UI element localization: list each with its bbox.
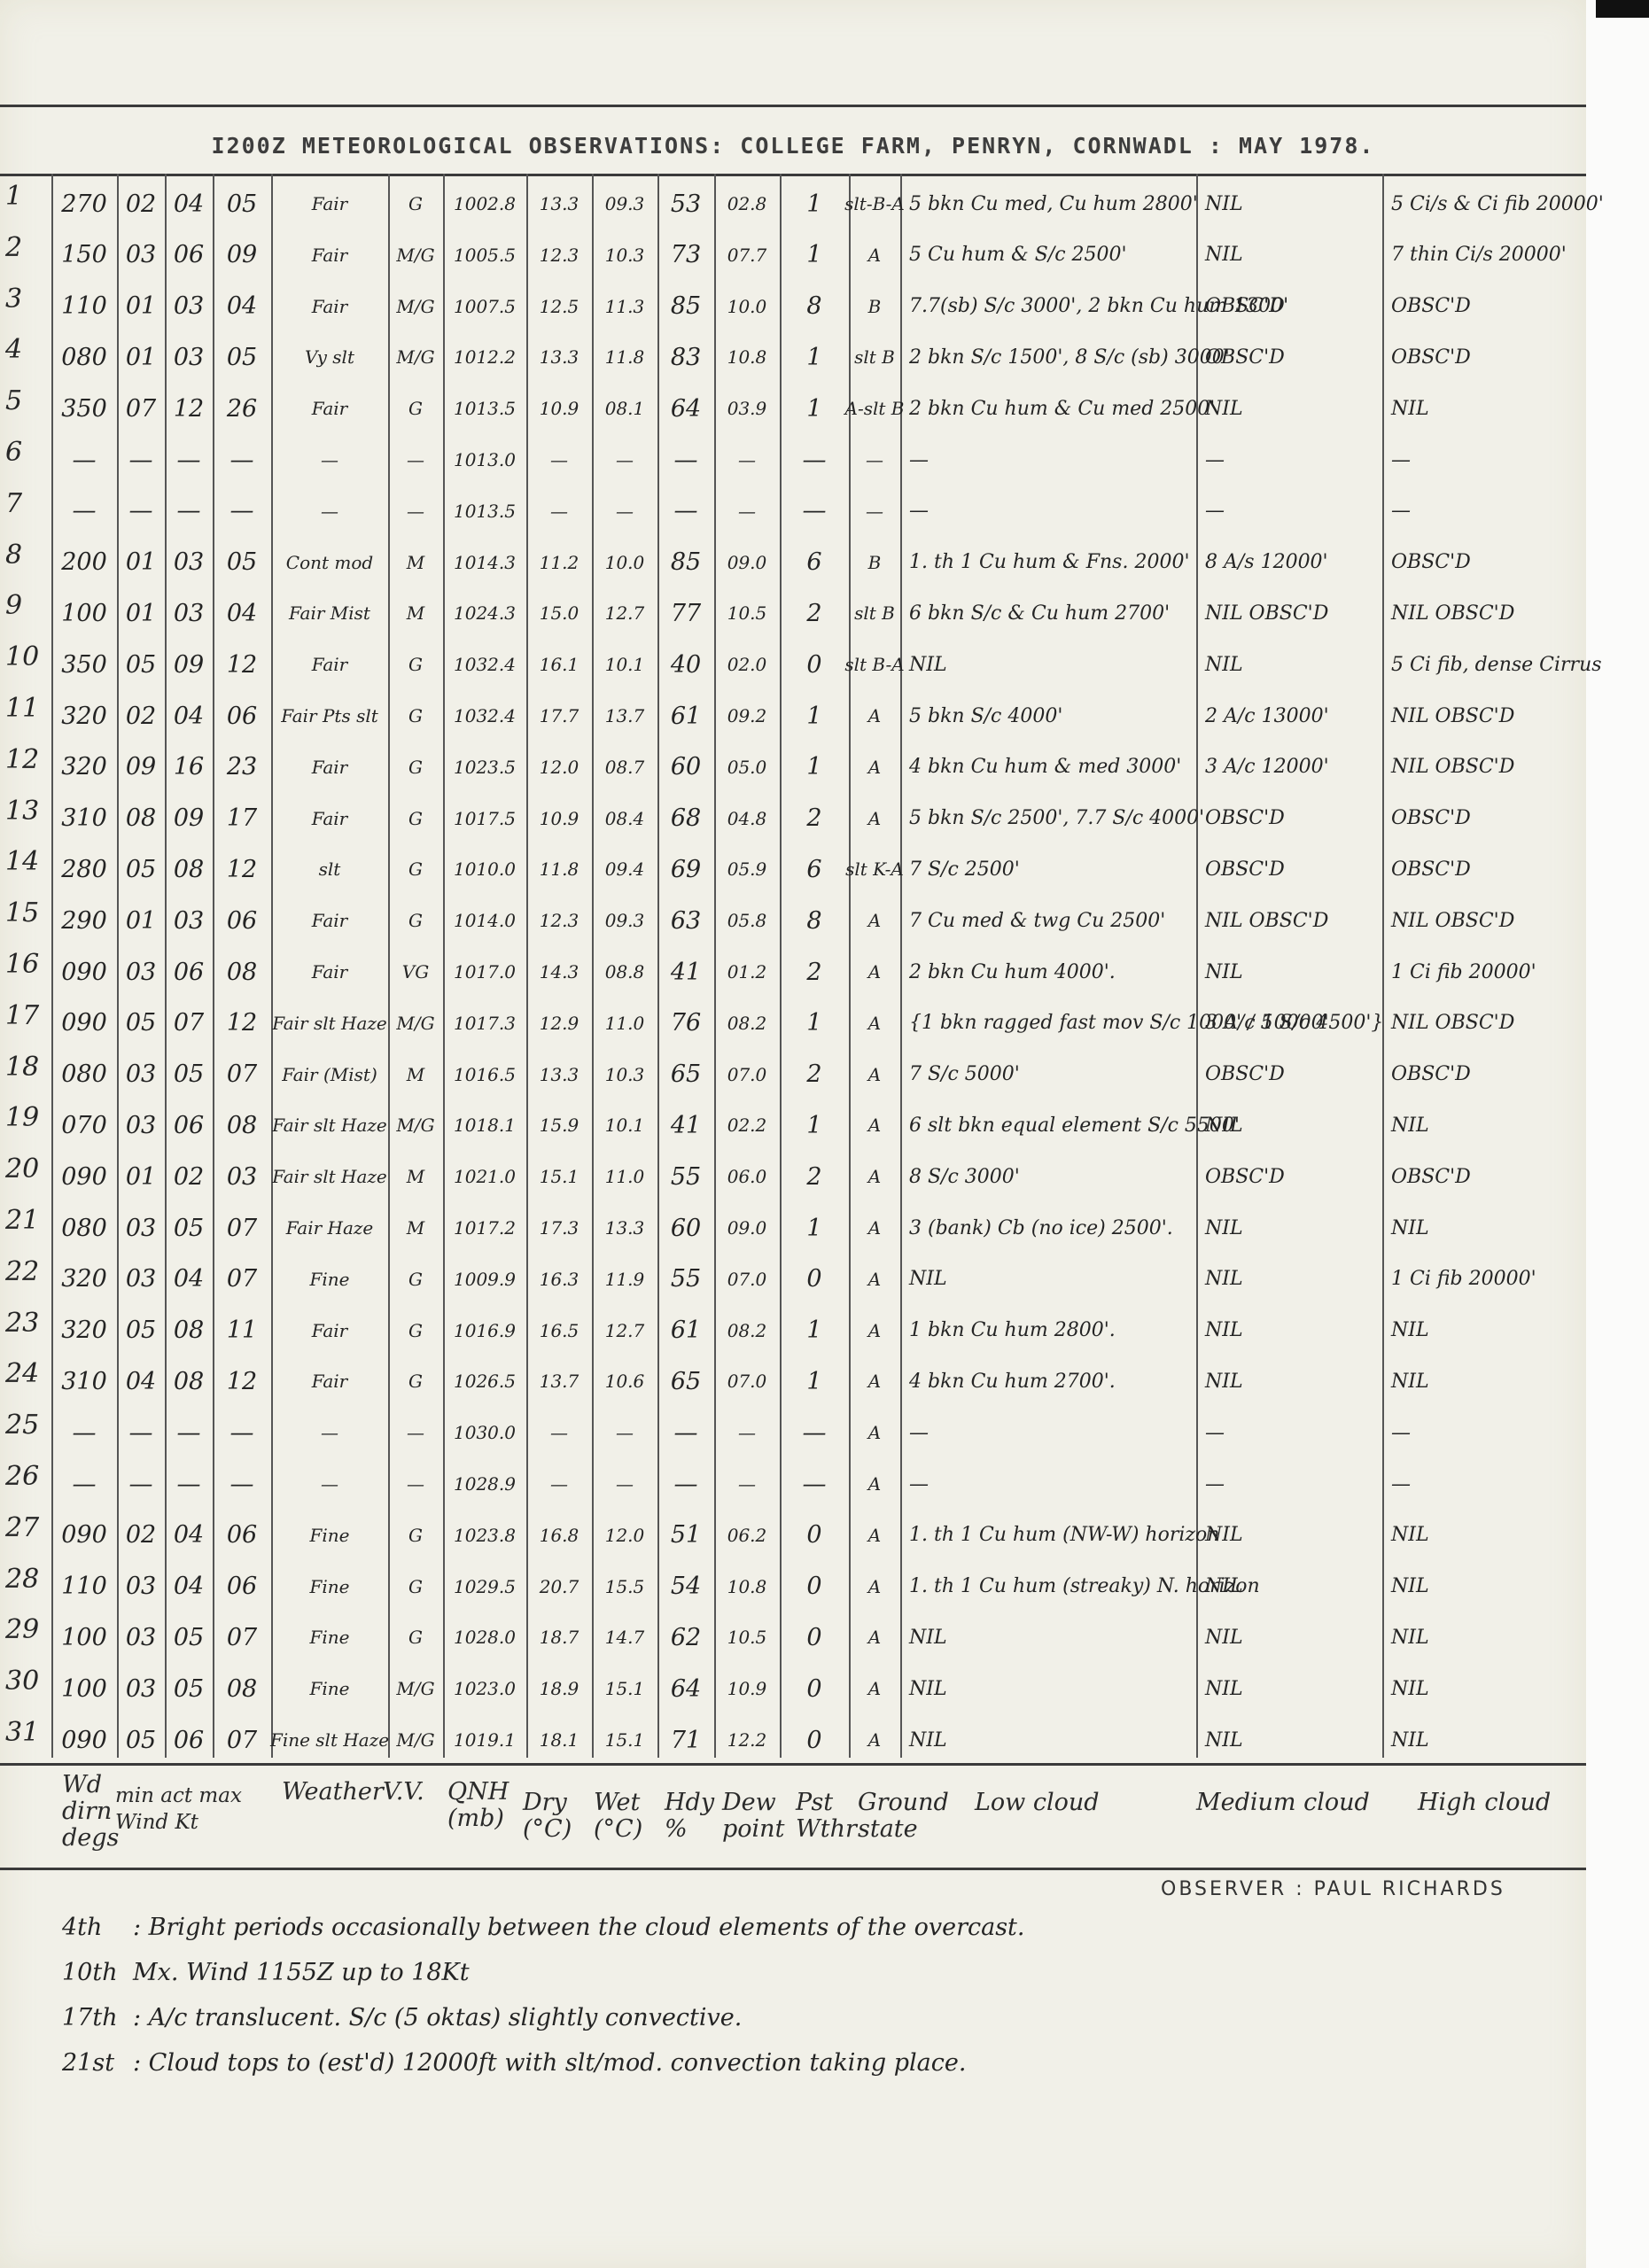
cell-hdy: 62 bbox=[657, 1614, 714, 1660]
cell-low: NIL bbox=[900, 1717, 1196, 1763]
cell-dry: 12.9 bbox=[526, 1000, 592, 1046]
table-row: 6——————1013.0————————— bbox=[0, 437, 1586, 483]
cell-pst: — bbox=[780, 437, 849, 483]
cell-high: 1 Ci fib 20000' bbox=[1382, 1256, 1586, 1302]
cell-dry: 12.3 bbox=[526, 232, 592, 278]
cell-wet: 10.1 bbox=[592, 641, 657, 687]
scanner-edge bbox=[1596, 0, 1649, 18]
cell-ground: slt-B-A bbox=[849, 181, 900, 227]
cell-hdy: — bbox=[657, 437, 714, 483]
cell-low: NIL bbox=[900, 1256, 1196, 1302]
cell-wmin: — bbox=[117, 1410, 165, 1456]
table-row: 8200010305Cont modM1014.311.210.08509.06… bbox=[0, 540, 1586, 586]
cell-dry: — bbox=[526, 1461, 592, 1507]
cell-dew: 07.7 bbox=[714, 232, 780, 278]
cell-wmin: 02 bbox=[117, 693, 165, 739]
cell-vv: G bbox=[388, 1308, 443, 1354]
cell-vv: M bbox=[388, 1153, 443, 1200]
cell-ground: A-slt B bbox=[849, 385, 900, 431]
day-number: 4 bbox=[5, 334, 41, 365]
cell-wet: — bbox=[592, 1461, 657, 1507]
cell-dry: — bbox=[526, 437, 592, 483]
cell-qnh: 1014.0 bbox=[443, 897, 526, 944]
cell-pst: 2 bbox=[780, 1052, 849, 1098]
cell-wd: 290 bbox=[51, 897, 117, 944]
cell-pst: 1 bbox=[780, 232, 849, 278]
cell-low: — bbox=[900, 488, 1196, 534]
cell-wmax: 06 bbox=[213, 693, 271, 739]
cell-pst: 2 bbox=[780, 1153, 849, 1200]
cell-vv: G bbox=[388, 693, 443, 739]
cell-wmin: 01 bbox=[117, 540, 165, 586]
cell-pst: 0 bbox=[780, 1512, 849, 1558]
cell-wmax: — bbox=[213, 1461, 271, 1507]
cell-dew: 02.2 bbox=[714, 1102, 780, 1148]
cell-pst: — bbox=[780, 1461, 849, 1507]
cell-low: 2 bkn Cu hum & Cu med 2500' bbox=[900, 385, 1196, 431]
cell-wet: — bbox=[592, 1410, 657, 1456]
cell-vv: M/G bbox=[388, 232, 443, 278]
cell-vv: G bbox=[388, 1614, 443, 1660]
cell-dew: 08.2 bbox=[714, 1308, 780, 1354]
cell-vv: M/G bbox=[388, 283, 443, 330]
cell-vv: M bbox=[388, 1205, 443, 1251]
remark-text: : Cloud tops to (est'd) 12000ft with slt… bbox=[133, 2049, 966, 2077]
day-number: 5 bbox=[5, 385, 41, 416]
cell-medium: 2 A/c 13000' bbox=[1196, 693, 1382, 739]
legend-dry: Dry (°C) bbox=[523, 1790, 572, 1843]
cell-pst: 6 bbox=[780, 846, 849, 892]
cell-wd: 110 bbox=[51, 1564, 117, 1610]
cell-hdy: 60 bbox=[657, 1205, 714, 1251]
cell-weather: — bbox=[271, 1410, 388, 1456]
cell-high: NIL bbox=[1382, 1102, 1586, 1148]
cell-qnh: 1016.5 bbox=[443, 1052, 526, 1098]
cell-wact: 03 bbox=[165, 283, 213, 330]
cell-hdy: 76 bbox=[657, 1000, 714, 1046]
cell-ground: A bbox=[849, 1717, 900, 1763]
cell-qnh: 1013.5 bbox=[443, 488, 526, 534]
remark: 21st: Cloud tops to (est'd) 12000ft with… bbox=[62, 2049, 1303, 2077]
cell-wet: 11.0 bbox=[592, 1000, 657, 1046]
cell-pst: 1 bbox=[780, 693, 849, 739]
cell-wmax: 23 bbox=[213, 744, 271, 790]
cell-wmin: 05 bbox=[117, 1308, 165, 1354]
cell-wet: 11.0 bbox=[592, 1153, 657, 1200]
table-row: 16090030608FairVG1017.014.308.84101.22A2… bbox=[0, 949, 1586, 995]
cell-medium: NIL bbox=[1196, 1614, 1382, 1660]
day-number: 8 bbox=[5, 540, 41, 571]
cell-vv: M/G bbox=[388, 1000, 443, 1046]
cell-wact: 08 bbox=[165, 1358, 213, 1404]
cell-weather: Fair bbox=[271, 744, 388, 790]
cell-qnh: 1016.9 bbox=[443, 1308, 526, 1354]
top-rule bbox=[0, 105, 1586, 107]
cell-dry: 17.3 bbox=[526, 1205, 592, 1251]
cell-dew: 09.0 bbox=[714, 540, 780, 586]
cell-qnh: 1024.3 bbox=[443, 590, 526, 636]
day-number: 25 bbox=[5, 1410, 41, 1441]
day-number: 7 bbox=[5, 488, 41, 519]
day-number: 13 bbox=[5, 796, 41, 827]
cell-dew: 12.2 bbox=[714, 1717, 780, 1763]
day-number: 18 bbox=[5, 1052, 41, 1083]
cell-weather: Fair bbox=[271, 1358, 388, 1404]
cell-ground: A bbox=[849, 693, 900, 739]
cell-medium: NIL bbox=[1196, 1358, 1382, 1404]
cell-weather: Fair bbox=[271, 283, 388, 330]
cell-medium: 8 A/s 12000' bbox=[1196, 540, 1382, 586]
cell-medium: NIL bbox=[1196, 1564, 1382, 1610]
cell-qnh: 1002.8 bbox=[443, 181, 526, 227]
cell-vv: G bbox=[388, 744, 443, 790]
day-number: 21 bbox=[5, 1205, 41, 1236]
cell-wmin: 01 bbox=[117, 283, 165, 330]
cell-qnh: 1010.0 bbox=[443, 846, 526, 892]
cell-wet: 09.4 bbox=[592, 846, 657, 892]
cell-low: 5 bkn S/c 4000' bbox=[900, 693, 1196, 739]
cell-wact: 04 bbox=[165, 1256, 213, 1302]
cell-high: NIL OBSC'D bbox=[1382, 590, 1586, 636]
cell-dry: 16.8 bbox=[526, 1512, 592, 1558]
cell-low: NIL bbox=[900, 641, 1196, 687]
cell-hdy: 41 bbox=[657, 949, 714, 995]
cell-dry: 16.1 bbox=[526, 641, 592, 687]
cell-vv: — bbox=[388, 1410, 443, 1456]
day-number: 12 bbox=[5, 744, 41, 775]
table-row: 25——————1030.0—————A——— bbox=[0, 1410, 1586, 1456]
cell-dew: 07.0 bbox=[714, 1052, 780, 1098]
cell-dew: 07.0 bbox=[714, 1358, 780, 1404]
cell-dry: 13.7 bbox=[526, 1358, 592, 1404]
cell-pst: 2 bbox=[780, 949, 849, 995]
cell-low: NIL bbox=[900, 1614, 1196, 1660]
page-title: I200Z METEOROLOGICAL OBSERVATIONS: COLLE… bbox=[0, 133, 1586, 159]
cell-hdy: 68 bbox=[657, 796, 714, 842]
cell-wmin: 03 bbox=[117, 949, 165, 995]
cell-vv: G bbox=[388, 1564, 443, 1610]
observation-sheet: I200Z METEOROLOGICAL OBSERVATIONS: COLLE… bbox=[0, 0, 1586, 2268]
cell-dry: 16.5 bbox=[526, 1308, 592, 1354]
day-number: 1 bbox=[5, 181, 41, 212]
cell-ground: slt B bbox=[849, 590, 900, 636]
cell-wd: 320 bbox=[51, 1256, 117, 1302]
cell-wd: 100 bbox=[51, 1666, 117, 1712]
cell-dry: 13.3 bbox=[526, 334, 592, 380]
cell-low: 1. th 1 Cu hum (streaky) N. horizon bbox=[900, 1564, 1196, 1610]
cell-high: NIL bbox=[1382, 1308, 1586, 1354]
cell-medium: OBSC'D bbox=[1196, 283, 1382, 330]
cell-vv: G bbox=[388, 181, 443, 227]
table-row: 19070030608Fair slt HazeM/G1018.115.910.… bbox=[0, 1102, 1586, 1148]
cell-ground: A bbox=[849, 1410, 900, 1456]
cell-vv: G bbox=[388, 385, 443, 431]
table-row: 10350050912FairG1032.416.110.14002.00slt… bbox=[0, 641, 1586, 687]
cell-high: NIL OBSC'D bbox=[1382, 1000, 1586, 1046]
cell-wmax: 12 bbox=[213, 1000, 271, 1046]
table-row: 15290010306FairG1014.012.309.36305.88A7 … bbox=[0, 897, 1586, 944]
cell-high: — bbox=[1382, 1461, 1586, 1507]
cell-high: OBSC'D bbox=[1382, 283, 1586, 330]
cell-wmin: 07 bbox=[117, 385, 165, 431]
cell-wet: 15.1 bbox=[592, 1666, 657, 1712]
cell-wd: 090 bbox=[51, 1717, 117, 1763]
cell-wmax: 03 bbox=[213, 1153, 271, 1200]
cell-high: NIL bbox=[1382, 1564, 1586, 1610]
cell-low: 8 S/c 3000' bbox=[900, 1153, 1196, 1200]
cell-pst: 0 bbox=[780, 1614, 849, 1660]
day-number: 29 bbox=[5, 1614, 41, 1645]
cell-hdy: 64 bbox=[657, 385, 714, 431]
cell-wet: 10.1 bbox=[592, 1102, 657, 1148]
cell-weather: Fair bbox=[271, 232, 388, 278]
cell-medium: NIL bbox=[1196, 232, 1382, 278]
cell-ground: A bbox=[849, 1308, 900, 1354]
table-row: 31090050607Fine slt HazeM/G1019.118.115.… bbox=[0, 1717, 1586, 1763]
cell-qnh: 1014.3 bbox=[443, 540, 526, 586]
cell-qnh: 1007.5 bbox=[443, 283, 526, 330]
cell-dew: 09.2 bbox=[714, 693, 780, 739]
cell-pst: — bbox=[780, 488, 849, 534]
cell-vv: G bbox=[388, 897, 443, 944]
cell-qnh: 1021.0 bbox=[443, 1153, 526, 1200]
cell-dew: 05.9 bbox=[714, 846, 780, 892]
cell-wet: 13.3 bbox=[592, 1205, 657, 1251]
cell-wd: 100 bbox=[51, 590, 117, 636]
cell-wd: 200 bbox=[51, 540, 117, 586]
cell-pst: 0 bbox=[780, 1564, 849, 1610]
cell-wd: 090 bbox=[51, 1153, 117, 1200]
cell-ground: slt B bbox=[849, 334, 900, 380]
cell-pst: 8 bbox=[780, 897, 849, 944]
cell-dry: 12.5 bbox=[526, 283, 592, 330]
cell-wmin: 02 bbox=[117, 181, 165, 227]
cell-dry: 12.0 bbox=[526, 744, 592, 790]
cell-dew: 07.0 bbox=[714, 1256, 780, 1302]
cell-wact: — bbox=[165, 1410, 213, 1456]
cell-pst: 1 bbox=[780, 385, 849, 431]
cell-pst: 1 bbox=[780, 744, 849, 790]
cell-wet: 10.0 bbox=[592, 540, 657, 586]
cell-weather: Fine bbox=[271, 1564, 388, 1610]
cell-ground: A bbox=[849, 1052, 900, 1098]
cell-wet: — bbox=[592, 437, 657, 483]
day-number: 14 bbox=[5, 846, 41, 877]
table-top-rule bbox=[0, 174, 1586, 176]
cell-low: 1. th 1 Cu hum & Fns. 2000' bbox=[900, 540, 1196, 586]
cell-medium: NIL OBSC'D bbox=[1196, 590, 1382, 636]
cell-hdy: 85 bbox=[657, 283, 714, 330]
legend-bottom-rule bbox=[0, 1868, 1586, 1870]
table-row: 18080030507Fair (Mist)M1016.513.310.3650… bbox=[0, 1052, 1586, 1098]
cell-wmax: 06 bbox=[213, 1512, 271, 1558]
cell-hdy: — bbox=[657, 1461, 714, 1507]
remark-text: Mx. Wind 1155Z up to 18Kt bbox=[133, 1959, 470, 1986]
cell-wd: 090 bbox=[51, 1512, 117, 1558]
cell-wd: 080 bbox=[51, 1052, 117, 1098]
cell-wmin: 09 bbox=[117, 744, 165, 790]
cell-low: — bbox=[900, 1410, 1196, 1456]
cell-vv: G bbox=[388, 796, 443, 842]
cell-dew: 10.5 bbox=[714, 1614, 780, 1660]
table-bottom-rule bbox=[0, 1763, 1586, 1766]
cell-wmax: 05 bbox=[213, 540, 271, 586]
table-row: 12320091623FairG1023.512.008.76005.01A4 … bbox=[0, 744, 1586, 790]
cell-medium: OBSC'D bbox=[1196, 334, 1382, 380]
cell-hdy: 83 bbox=[657, 334, 714, 380]
cell-wmin: 05 bbox=[117, 846, 165, 892]
cell-wet: 10.6 bbox=[592, 1358, 657, 1404]
cell-weather: Fine bbox=[271, 1666, 388, 1712]
cell-wmin: 03 bbox=[117, 1564, 165, 1610]
cell-high: — bbox=[1382, 488, 1586, 534]
cell-weather: Fair Mist bbox=[271, 590, 388, 636]
cell-medium: NIL bbox=[1196, 1205, 1382, 1251]
cell-medium: OBSC'D bbox=[1196, 846, 1382, 892]
cell-vv: G bbox=[388, 846, 443, 892]
cell-medium: NIL bbox=[1196, 1308, 1382, 1354]
cell-hdy: 77 bbox=[657, 590, 714, 636]
cell-wmin: 05 bbox=[117, 1717, 165, 1763]
cell-wmin: 03 bbox=[117, 232, 165, 278]
cell-wet: 14.7 bbox=[592, 1614, 657, 1660]
cell-qnh: 1013.0 bbox=[443, 437, 526, 483]
day-number: 10 bbox=[5, 641, 41, 672]
cell-qnh: 1017.3 bbox=[443, 1000, 526, 1046]
cell-hdy: 71 bbox=[657, 1717, 714, 1763]
cell-qnh: 1012.2 bbox=[443, 334, 526, 380]
cell-medium: 3 A/c 12000' bbox=[1196, 744, 1382, 790]
cell-hdy: 64 bbox=[657, 1666, 714, 1712]
cell-medium: NIL bbox=[1196, 181, 1382, 227]
cell-low: — bbox=[900, 437, 1196, 483]
cell-qnh: 1019.1 bbox=[443, 1717, 526, 1763]
cell-dry: 17.7 bbox=[526, 693, 592, 739]
cell-wet: 13.7 bbox=[592, 693, 657, 739]
cell-low: 1. th 1 Cu hum (NW-W) horizon bbox=[900, 1512, 1196, 1558]
cell-ground: A bbox=[849, 1614, 900, 1660]
cell-wact: 16 bbox=[165, 744, 213, 790]
cell-qnh: 1017.2 bbox=[443, 1205, 526, 1251]
cell-pst: 2 bbox=[780, 590, 849, 636]
cell-pst: 1 bbox=[780, 1000, 849, 1046]
table-row: 11320020406Fair Pts sltG1032.417.713.761… bbox=[0, 693, 1586, 739]
cell-qnh: 1005.5 bbox=[443, 232, 526, 278]
cell-wmax: 07 bbox=[213, 1256, 271, 1302]
day-number: 24 bbox=[5, 1358, 41, 1389]
legend-hdy: Hdy % bbox=[665, 1790, 714, 1843]
cell-ground: A bbox=[849, 1000, 900, 1046]
cell-medium: OBSC'D bbox=[1196, 1153, 1382, 1200]
cell-wmax: 12 bbox=[213, 641, 271, 687]
cell-wact: 09 bbox=[165, 641, 213, 687]
cell-pst: 2 bbox=[780, 796, 849, 842]
cell-dew: — bbox=[714, 437, 780, 483]
cell-pst: 0 bbox=[780, 641, 849, 687]
cell-wact: 02 bbox=[165, 1153, 213, 1200]
remark: 4th: Bright periods occasionally between… bbox=[62, 1914, 1303, 1941]
cell-wmax: — bbox=[213, 488, 271, 534]
legend-weather: Weather bbox=[282, 1779, 384, 1806]
cell-wmax: 06 bbox=[213, 1564, 271, 1610]
cell-weather: Fair Haze bbox=[271, 1205, 388, 1251]
cell-wd: 320 bbox=[51, 693, 117, 739]
cell-wmax: 08 bbox=[213, 949, 271, 995]
cell-dew: 02.0 bbox=[714, 641, 780, 687]
cell-wmin: 01 bbox=[117, 897, 165, 944]
cell-low: 1 bkn Cu hum 2800'. bbox=[900, 1308, 1196, 1354]
cell-wmin: 03 bbox=[117, 1614, 165, 1660]
cell-vv: M bbox=[388, 1052, 443, 1098]
cell-qnh: 1017.0 bbox=[443, 949, 526, 995]
cell-high: NIL bbox=[1382, 1666, 1586, 1712]
cell-wmin: 04 bbox=[117, 1358, 165, 1404]
cell-wd: 110 bbox=[51, 283, 117, 330]
day-number: 11 bbox=[5, 693, 41, 724]
cell-wet: 11.9 bbox=[592, 1256, 657, 1302]
table-row: 23320050811FairG1016.916.512.76108.21A1 … bbox=[0, 1308, 1586, 1354]
cell-wact: 03 bbox=[165, 540, 213, 586]
cell-wact: 06 bbox=[165, 949, 213, 995]
cell-hdy: 65 bbox=[657, 1358, 714, 1404]
cell-wd: — bbox=[51, 488, 117, 534]
cell-low: 7 S/c 2500' bbox=[900, 846, 1196, 892]
cell-dry: 18.9 bbox=[526, 1666, 592, 1712]
cell-wact: 09 bbox=[165, 796, 213, 842]
cell-medium: — bbox=[1196, 1461, 1382, 1507]
cell-ground: A bbox=[849, 1153, 900, 1200]
cell-vv: VG bbox=[388, 949, 443, 995]
cell-weather: Fine slt Haze bbox=[271, 1717, 388, 1763]
legend-ground: Ground state bbox=[858, 1790, 949, 1843]
cell-pst: 8 bbox=[780, 283, 849, 330]
cell-wd: 080 bbox=[51, 1205, 117, 1251]
cell-hdy: 54 bbox=[657, 1564, 714, 1610]
cell-vv: M bbox=[388, 590, 443, 636]
cell-wmax: 12 bbox=[213, 846, 271, 892]
table-row: 7——————1013.5————————— bbox=[0, 488, 1586, 534]
cell-wact: 04 bbox=[165, 693, 213, 739]
table-row: 24310040812FairG1026.513.710.66507.01A4 … bbox=[0, 1358, 1586, 1404]
cell-qnh: 1032.4 bbox=[443, 641, 526, 687]
cell-high: — bbox=[1382, 437, 1586, 483]
cell-wmin: 03 bbox=[117, 1666, 165, 1712]
cell-vv: G bbox=[388, 1358, 443, 1404]
cell-hdy: 40 bbox=[657, 641, 714, 687]
cell-medium: NIL bbox=[1196, 1256, 1382, 1302]
column-legend: Wd dirn degs min act max Wind Kt Weather… bbox=[0, 1772, 1586, 1860]
cell-dew: 10.0 bbox=[714, 283, 780, 330]
legend-pst: Pst Wthr bbox=[796, 1790, 857, 1843]
cell-hdy: 55 bbox=[657, 1153, 714, 1200]
cell-wmax: 09 bbox=[213, 232, 271, 278]
cell-weather: — bbox=[271, 488, 388, 534]
day-number: 23 bbox=[5, 1308, 41, 1339]
cell-pst: 1 bbox=[780, 1358, 849, 1404]
table-row: 14280050812sltG1010.011.809.46905.96slt … bbox=[0, 846, 1586, 892]
cell-dew: — bbox=[714, 1461, 780, 1507]
cell-high: NIL bbox=[1382, 1205, 1586, 1251]
table-row: 29100030507FineG1028.018.714.76210.50ANI… bbox=[0, 1614, 1586, 1660]
cell-ground: A bbox=[849, 949, 900, 995]
cell-dew: 05.8 bbox=[714, 897, 780, 944]
cell-wd: 090 bbox=[51, 949, 117, 995]
cell-wmin: 05 bbox=[117, 641, 165, 687]
cell-dew: 10.8 bbox=[714, 334, 780, 380]
cell-low: 5 Cu hum & S/c 2500' bbox=[900, 232, 1196, 278]
cell-hdy: 63 bbox=[657, 897, 714, 944]
cell-wd: 350 bbox=[51, 641, 117, 687]
